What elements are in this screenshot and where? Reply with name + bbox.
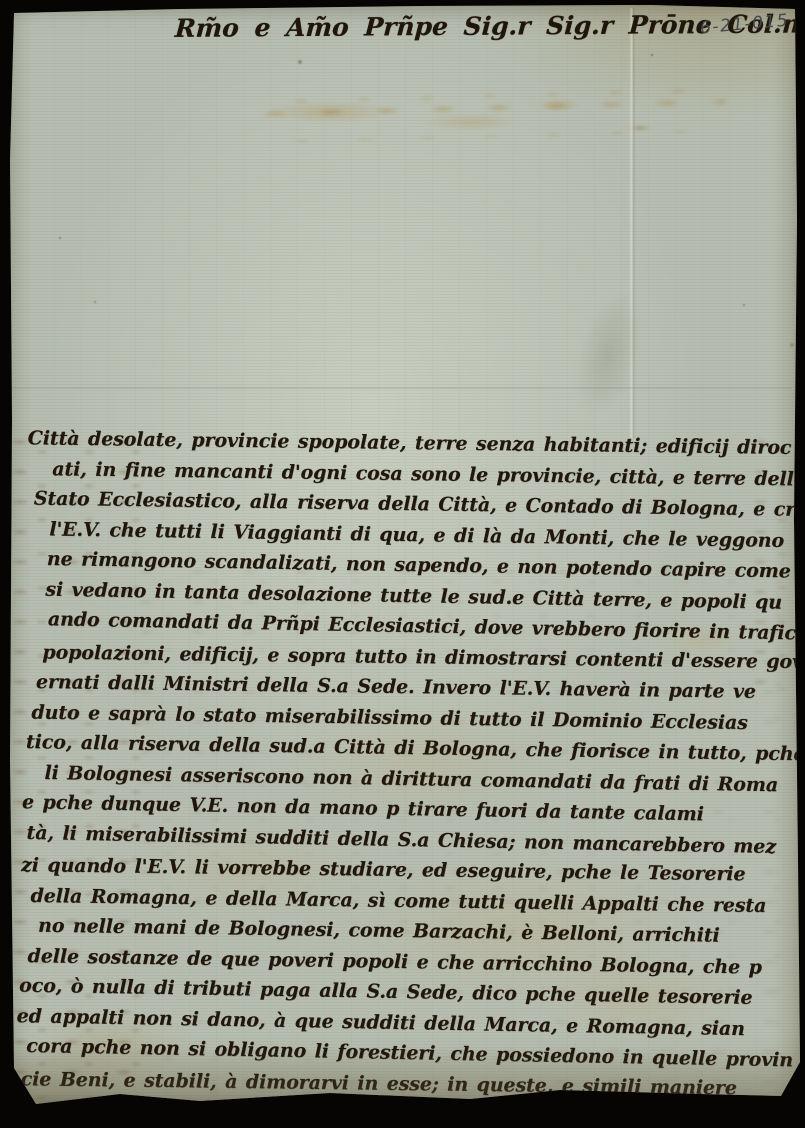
letter-page: Rm̃o e Am̃o Prñpe Sig.r Sig.r Prōne Col.… [0,0,805,1128]
horizontal-chain-line [12,387,792,389]
bottom-edge-shadow [0,1048,805,1110]
manuscript-photo: Rm̃o e Am̃o Prñpe Sig.r Sig.r Prōne Col.… [0,0,805,1128]
ink-offset-stain [254,74,725,144]
diagonal-crease [529,258,687,452]
letter-body: Città desolate, provincie spopolate, ter… [15,422,796,1105]
salutation-line: Rm̃o e Am̃o Prñpe Sig.r Sig.r Prōne Col.… [174,10,706,44]
